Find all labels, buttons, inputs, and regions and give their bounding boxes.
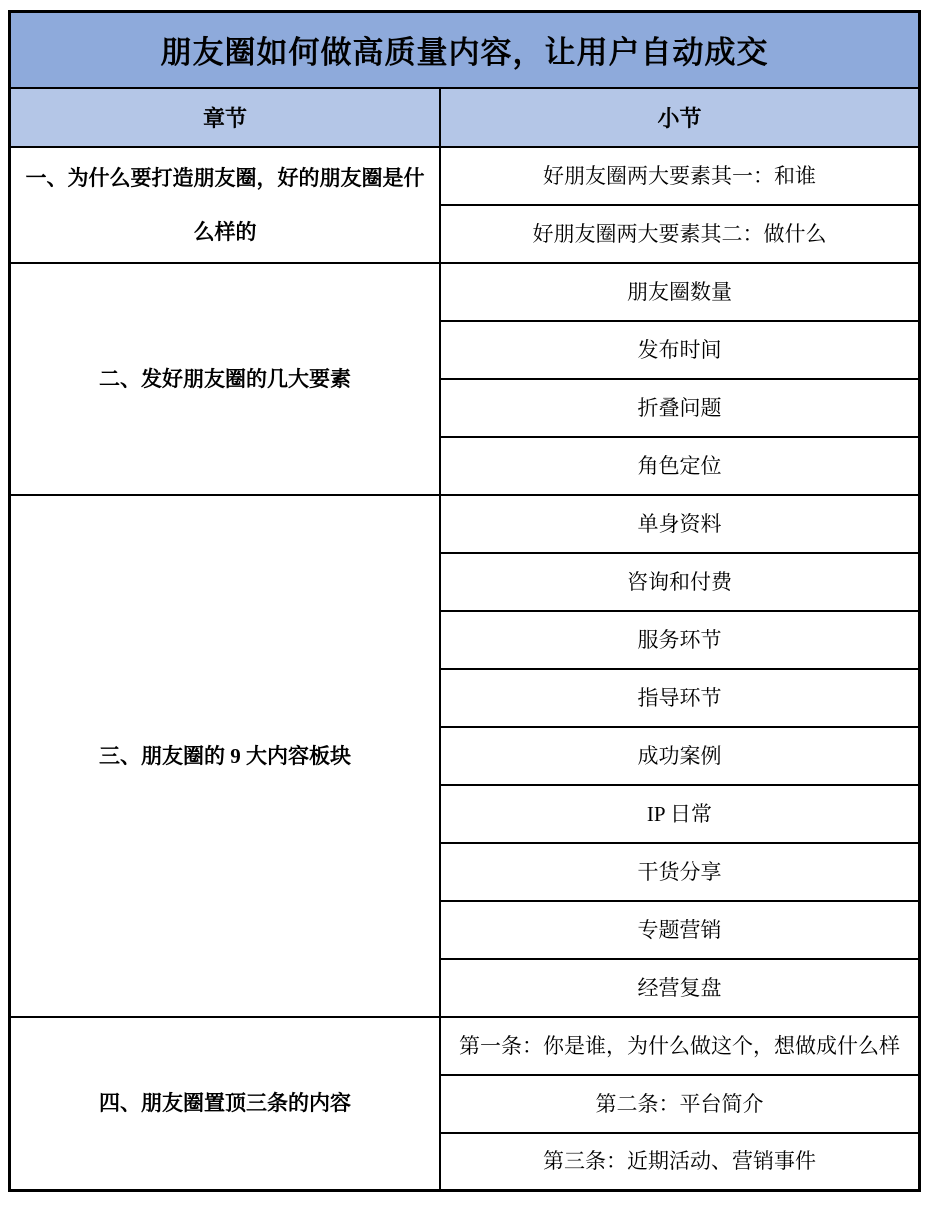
section-cell: 咨询和付费: [440, 553, 920, 611]
section-cell: 朋友圈数量: [440, 263, 920, 321]
chapter-cell-1: 一、为什么要打造朋友圈，好的朋友圈是什么样的: [10, 147, 440, 263]
section-cell: 服务环节: [440, 611, 920, 669]
content-table: 朋友圈如何做高质量内容，让用户自动成交 章节 小节 一、为什么要打造朋友圈，好的…: [8, 10, 921, 1192]
section-cell: 专题营销: [440, 901, 920, 959]
title-row: 朋友圈如何做高质量内容，让用户自动成交: [10, 12, 920, 88]
section-cell: 成功案例: [440, 727, 920, 785]
section-cell: 第一条：你是谁，为什么做这个，想做成什么样: [440, 1017, 920, 1075]
chapter-cell-2: 二、发好朋友圈的几大要素: [10, 263, 440, 495]
section-cell: 指导环节: [440, 669, 920, 727]
column-header-section: 小节: [440, 88, 920, 147]
section-cell: 好朋友圈两大要素其二：做什么: [440, 205, 920, 263]
section-cell: 折叠问题: [440, 379, 920, 437]
chapter-cell-3: 三、朋友圈的 9 大内容板块: [10, 495, 440, 1017]
section-cell: 角色定位: [440, 437, 920, 495]
section-cell: 经营复盘: [440, 959, 920, 1017]
table-row: 一、为什么要打造朋友圈，好的朋友圈是什么样的 好朋友圈两大要素其一：和谁: [10, 147, 920, 205]
section-cell: 第二条：平台简介: [440, 1075, 920, 1133]
column-header-chapter: 章节: [10, 88, 440, 147]
table-row: 二、发好朋友圈的几大要素 朋友圈数量: [10, 263, 920, 321]
section-cell: 干货分享: [440, 843, 920, 901]
section-cell: 发布时间: [440, 321, 920, 379]
table-row: 四、朋友圈置顶三条的内容 第一条：你是谁，为什么做这个，想做成什么样: [10, 1017, 920, 1075]
header-row: 章节 小节: [10, 88, 920, 147]
section-cell: 第三条：近期活动、营销事件: [440, 1133, 920, 1191]
table-row: 三、朋友圈的 9 大内容板块 单身资料: [10, 495, 920, 553]
section-cell: 好朋友圈两大要素其一：和谁: [440, 147, 920, 205]
table-title: 朋友圈如何做高质量内容，让用户自动成交: [10, 12, 920, 88]
chapter-cell-4: 四、朋友圈置顶三条的内容: [10, 1017, 440, 1191]
section-cell: 单身资料: [440, 495, 920, 553]
section-cell: IP 日常: [440, 785, 920, 843]
document-page: 朋友圈如何做高质量内容，让用户自动成交 章节 小节 一、为什么要打造朋友圈，好的…: [0, 0, 929, 1216]
